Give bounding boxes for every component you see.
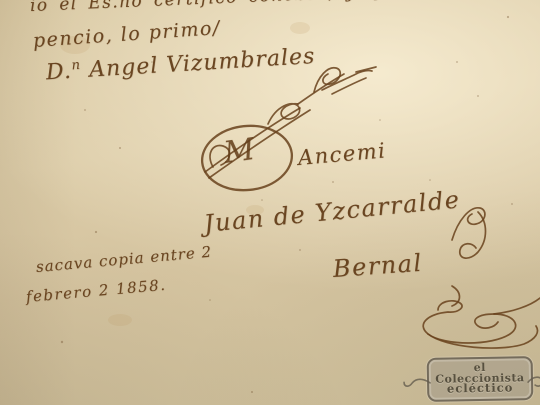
handwritten-name-line: D.n Angel Vizumbrales — [45, 44, 316, 86]
watermark-left-flourish-icon — [403, 376, 431, 390]
marginal-note-line-1: sacava copia entre 2 — [35, 243, 213, 276]
marginal-note-line-2: febrero 2 1858. — [25, 276, 167, 306]
signature-name: Juan de Yzcarralde — [203, 185, 462, 238]
watermark-right-flourish-icon — [527, 374, 540, 390]
rubric-monogram-letter: M — [222, 132, 257, 171]
handwritten-line-1: io el Es.no certifico conozco, y q.te al… — [30, 0, 501, 16]
watermark-badge: el Coleccionista ecléctico — [427, 356, 534, 402]
name-prefix-superscript: n — [71, 58, 81, 74]
signature-surname: Bernal — [332, 249, 424, 283]
handwritten-line-2: pencio, lo primo/ — [32, 17, 221, 52]
bernal-flourish — [423, 286, 540, 348]
manuscript-photo: io el Es.no certifico conozco, y q.te al… — [0, 0, 540, 405]
name-text: Angel Vizumbrales — [89, 44, 317, 83]
central-rubric-flourish — [199, 74, 344, 195]
rubric-caption: Ancemi — [297, 138, 387, 170]
signature-flourish — [452, 208, 486, 258]
name-prefix: D. — [45, 59, 72, 86]
name-paraph-flourish — [314, 67, 376, 94]
